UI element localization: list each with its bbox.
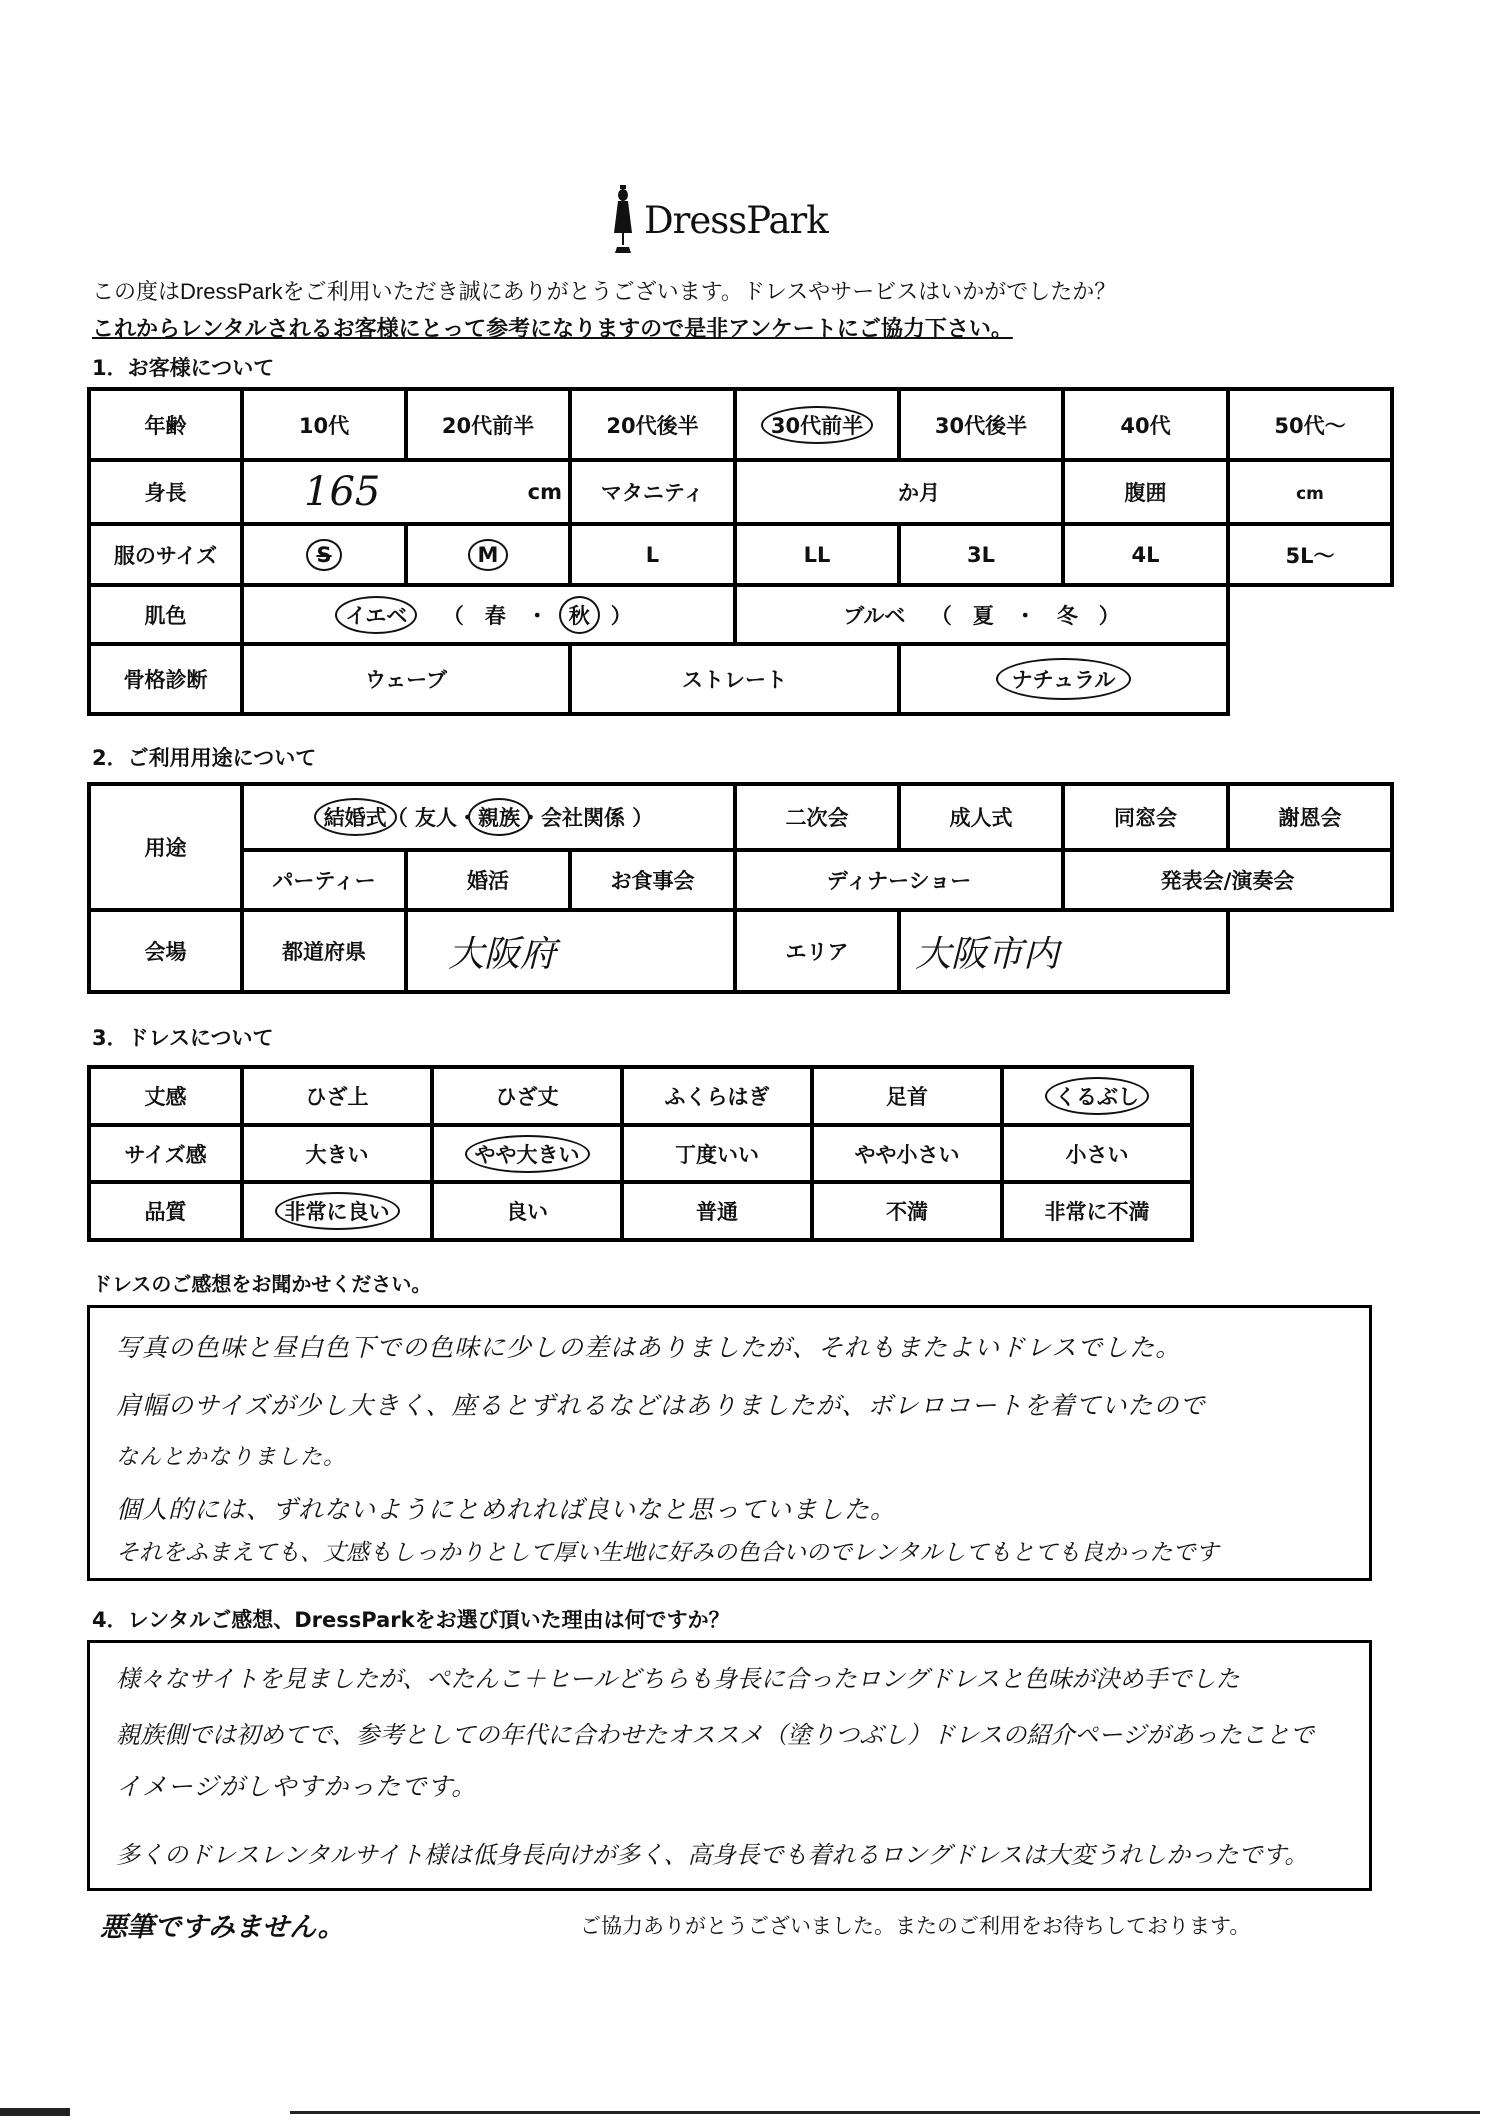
skeleton-option-natural[interactable]: ナチュラル	[899, 644, 1228, 714]
impressions-line: 個人的には、ずれないようにとめれれば良いなと思っていました。	[116, 1490, 896, 1526]
skin-yellow-base-option[interactable]: イエベ （ 春 ・ 秋 ）	[242, 585, 735, 644]
selected-circle: イエベ	[335, 596, 417, 634]
age-option-10s[interactable]: 10代	[242, 389, 406, 460]
purpose-option-thank-you-party[interactable]: 謝恩会	[1228, 784, 1392, 850]
maternity-label: マタニティ	[570, 460, 735, 524]
height-unit: cm	[528, 480, 562, 504]
brand-logo: DressPark	[610, 180, 870, 260]
skeleton-row: 骨格診断 ウェーブ ストレート ナチュラル	[89, 644, 1392, 714]
fit-option-large[interactable]: 大きい	[242, 1125, 432, 1182]
empty-cell	[1228, 644, 1392, 714]
quality-option-good[interactable]: 良い	[432, 1182, 622, 1240]
quality-option-poor[interactable]: 不満	[812, 1182, 1002, 1240]
fit-option-just-right[interactable]: 丁度いい	[622, 1125, 812, 1182]
skin-label: 肌色	[89, 585, 242, 644]
reason-line: イメージがしやすかったです。	[116, 1767, 477, 1803]
size-option-3l[interactable]: 3L	[899, 524, 1063, 585]
blue-seasons: （ 夏 ・ 冬 ）	[931, 604, 1120, 628]
maternity-field[interactable]: か月	[735, 460, 1063, 524]
skin-blue-base-option[interactable]: ブルベ （ 夏 ・ 冬 ）	[735, 585, 1228, 644]
purpose-option-party[interactable]: パーティー	[242, 850, 406, 910]
fit-option-slightly-small[interactable]: やや小さい	[812, 1125, 1002, 1182]
impressions-line: なんとかなりました。	[116, 1440, 346, 1471]
reason-line-text: 親族側では初めてで、参考としての年代に合わせたオススメ（塗りつぶし）ドレスの紹介…	[116, 1721, 1314, 1749]
venue-label: 会場	[89, 910, 242, 992]
height-row: 身長 165 cm マタニティ か月 腹囲 cm	[89, 460, 1392, 524]
reason-textarea[interactable]: 様々なサイトを見ましたが、ぺたんこ＋ヒールどちらも身長に合ったロングドレスと色味…	[87, 1640, 1372, 1891]
selected-circle: M	[468, 539, 509, 571]
scan-corner-mark	[0, 2108, 70, 2116]
length-option-malleolus[interactable]: くるぶし	[1002, 1067, 1192, 1125]
purpose-row-1: 用途 結婚式（ 友人・親族・会社関係 ） 二次会 成人式 同窓会 謝恩会	[89, 784, 1392, 850]
age-option-late-30s[interactable]: 30代後半	[899, 389, 1063, 460]
length-option-calf[interactable]: ふくらはぎ	[622, 1067, 812, 1125]
purpose-option-konkatsu[interactable]: 婚活	[406, 850, 570, 910]
selected-circle: 結婚式	[314, 798, 397, 836]
quality-option-very-good[interactable]: 非常に良い	[242, 1182, 432, 1240]
venue-row: 会場 都道府県 大阪府 エリア 大阪市内	[89, 910, 1392, 992]
purpose-option-coming-of-age[interactable]: 成人式	[899, 784, 1063, 850]
dress-silhouette-icon	[610, 185, 636, 255]
bottom-rule	[290, 2111, 1480, 2114]
length-row: 丈感 ひざ上 ひざ丈 ふくらはぎ 足首 くるぶし	[89, 1067, 1192, 1125]
purpose-table: 用途 結婚式（ 友人・親族・会社関係 ） 二次会 成人式 同窓会 謝恩会 パーテ…	[87, 782, 1394, 994]
area-value: 大阪市内	[915, 934, 1059, 975]
blue-base-label: ブルベ	[843, 604, 905, 628]
impressions-textarea[interactable]: 写真の色味と昼白色下での色味に少しの差はありましたが、それもまたよいドレスでした…	[87, 1305, 1372, 1581]
size-option-m[interactable]: M	[406, 524, 570, 585]
size-label: 服のサイズ	[89, 524, 242, 585]
skin-row: 肌色 イエベ （ 春 ・ 秋 ） ブルベ （ 夏 ・ 冬 ）	[89, 585, 1392, 644]
skeleton-option-wave[interactable]: ウェーブ	[242, 644, 570, 714]
size-option-s[interactable]: S	[242, 524, 406, 585]
length-option-ankle[interactable]: 足首	[812, 1067, 1002, 1125]
impressions-line: 肩幅のサイズが少し大きく、座るとずれるなどはありましたが、ボレロコートを着ていた…	[116, 1386, 1206, 1422]
impressions-label: ドレスのご感想をお聞かせください。	[92, 1268, 431, 1297]
waist-unit: cm	[1296, 484, 1324, 504]
quality-option-average[interactable]: 普通	[622, 1182, 812, 1240]
length-label: 丈感	[89, 1067, 242, 1125]
quality-option-very-poor[interactable]: 非常に不満	[1002, 1182, 1192, 1240]
wedding-friend[interactable]: 友人	[415, 806, 457, 830]
area-label: エリア	[735, 910, 899, 992]
intro-request: これからレンタルされるお客様にとって参考になりますので是非アンケートにご協力下さ…	[92, 312, 1013, 343]
prefecture-field[interactable]: 大阪府	[406, 910, 735, 992]
quality-row: 品質 非常に良い 良い 普通 不満 非常に不満	[89, 1182, 1192, 1240]
purpose-option-wedding[interactable]: 結婚式（ 友人・親族・会社関係 ）	[242, 784, 735, 850]
age-option-50s-plus[interactable]: 50代～	[1228, 389, 1392, 460]
size-option-ll[interactable]: LL	[735, 524, 899, 585]
impressions-line: それをふまえても、丈感もしっかりとして厚い生地に好みの色合いのでレンタルしてもと…	[116, 1534, 1219, 1567]
section4-heading: 4．レンタルご感想、DressParkをお選び頂いた理由は何ですか？	[92, 1604, 730, 1634]
reason-line: 親族側では初めてで、参考としての年代に合わせたオススメ（塗りつぶし）ドレスの紹介…	[116, 1715, 1314, 1750]
selected-circle: 30代前半	[761, 406, 873, 444]
apology-note: 悪筆ですみません。	[100, 1905, 345, 1944]
selected-circle: やや大きい	[465, 1135, 590, 1173]
area-field[interactable]: 大阪市内	[899, 910, 1228, 992]
reason-line: 様々なサイトを見ましたが、ぺたんこ＋ヒールどちらも身長に合ったロングドレスと色味…	[116, 1659, 1240, 1694]
quality-label: 品質	[89, 1182, 242, 1240]
height-label: 身長	[89, 460, 242, 524]
thanks-message: ご協力ありがとうございました。またのご利用をお待ちしております。	[580, 1910, 1250, 1940]
height-value: 165	[304, 469, 380, 515]
age-label: 年齢	[89, 389, 242, 460]
intro-text: この度はDressParkをご利用いただき誠にありがとうございます。ドレスやサー…	[92, 275, 1116, 306]
brand-name: DressPark	[644, 199, 828, 242]
height-field[interactable]: 165 cm	[242, 460, 570, 524]
purpose-option-reunion[interactable]: 同窓会	[1063, 784, 1228, 850]
empty-cell	[1228, 910, 1392, 992]
season-spring[interactable]: 春	[485, 604, 506, 628]
skeleton-label: 骨格診断	[89, 644, 242, 714]
fit-label: サイズ感	[89, 1125, 242, 1182]
fit-option-slightly-large[interactable]: やや大きい	[432, 1125, 622, 1182]
empty-cell	[1228, 585, 1392, 644]
customer-table: 年齢 10代 20代前半 20代後半 30代前半 30代後半 40代 50代～ …	[87, 387, 1394, 716]
purpose-row-2: パーティー 婚活 お食事会 ディナーショー 発表会/演奏会	[89, 850, 1392, 910]
length-option-knee[interactable]: ひざ丈	[432, 1067, 622, 1125]
section1-heading: 1．お客様について	[92, 352, 274, 382]
length-option-above-knee[interactable]: ひざ上	[242, 1067, 432, 1125]
size-option-l[interactable]: L	[570, 524, 735, 585]
purpose-option-recital[interactable]: 発表会/演奏会	[1063, 850, 1392, 910]
skeleton-option-straight[interactable]: ストレート	[570, 644, 899, 714]
size-option-4l[interactable]: 4L	[1063, 524, 1228, 585]
prefecture-label: 都道府県	[242, 910, 406, 992]
purpose-label: 用途	[89, 784, 242, 910]
age-option-early-20s[interactable]: 20代前半	[406, 389, 570, 460]
age-row: 年齢 10代 20代前半 20代後半 30代前半 30代後半 40代 50代～	[89, 389, 1392, 460]
reason-line: 多くのドレスレンタルサイト様は低身長向けが多く、高身長でも着れるロングドレスは大…	[116, 1835, 1308, 1870]
size-option-5l-plus[interactable]: 5L～	[1228, 524, 1392, 585]
fit-option-small[interactable]: 小さい	[1002, 1125, 1192, 1182]
prefecture-value: 大阪府	[448, 934, 556, 975]
waist-field[interactable]: cm	[1228, 460, 1392, 524]
size-row: 服のサイズ S M L LL 3L 4L 5L～	[89, 524, 1392, 585]
purpose-option-dinner-show[interactable]: ディナーショー	[735, 850, 1063, 910]
selected-circle: くるぶし	[1045, 1077, 1149, 1115]
age-option-late-20s[interactable]: 20代後半	[570, 389, 735, 460]
age-option-early-30s[interactable]: 30代前半	[735, 389, 899, 460]
selected-circle: 非常に良い	[275, 1192, 400, 1230]
maternity-unit: か月	[898, 481, 940, 505]
impressions-line: 写真の色味と昼白色下での色味に少しの差はありましたが、それもまたよいドレスでした…	[116, 1328, 1181, 1364]
section3-heading: 3．ドレスについて	[92, 1022, 274, 1052]
fit-row: サイズ感 大きい やや大きい 丁度いい やや小さい 小さい	[89, 1125, 1192, 1182]
age-option-40s[interactable]: 40代	[1063, 389, 1228, 460]
dress-table: 丈感 ひざ上 ひざ丈 ふくらはぎ 足首 くるぶし サイズ感 大きい やや大きい …	[87, 1065, 1194, 1242]
section2-heading: 2．ご利用用途について	[92, 742, 316, 772]
purpose-option-dinner[interactable]: お食事会	[570, 850, 735, 910]
wedding-company[interactable]: 会社関係	[541, 806, 625, 830]
selected-circle: S	[306, 539, 341, 571]
purpose-option-afterparty[interactable]: 二次会	[735, 784, 899, 850]
waist-label: 腹囲	[1063, 460, 1228, 524]
selected-circle: ナチュラル	[996, 658, 1132, 700]
